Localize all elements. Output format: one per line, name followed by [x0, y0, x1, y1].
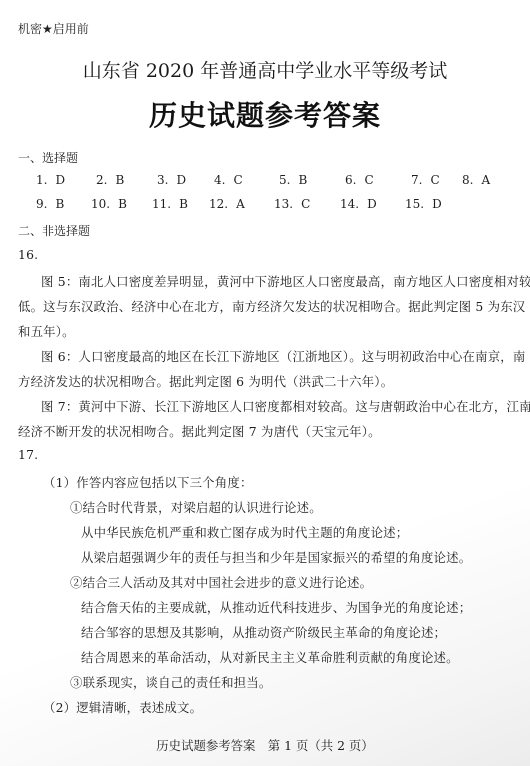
- q17-angle2-point1: 结合詹天佑的主要成就，从推动近代科技进步、为国争光的角度论述；: [81, 598, 471, 616]
- mc-answer-row-1: 1.D 2.B 3.D 4.C 5.B 6.C 7.C 8.A: [0, 173, 530, 191]
- question-16-number: 16.: [18, 247, 38, 262]
- exam-title: 山东省 2020 年普通高中学业水平等级考试: [0, 56, 530, 83]
- mc-answer: 1.D: [36, 173, 65, 187]
- mc-answer: 4.C: [214, 173, 243, 187]
- mc-answer: 12.A: [209, 197, 245, 211]
- q17-angle2-point2: 结合邹容的思想及其影响，从推动资产阶级民主革命的角度论述；: [81, 623, 446, 641]
- q17-angle2-point3: 结合周恩来的革命活动，从对新民主主义革命胜利贡献的角度论述。: [81, 648, 459, 666]
- q16-paragraph-fig6-line2: 方经济发达的状况相吻合。据此判定图 6 为明代（洪武二十六年）。: [18, 372, 393, 390]
- q16-paragraph-fig6-line1: 图 6：人口密度最高的地区在长江下游地区（江浙地区）。这与明初政治中心在南京，南: [41, 347, 525, 365]
- q16-paragraph-fig5-line1: 图 5：南北人口密度差异明显，黄河中下游地区人口密度最高，南方地区人口密度相对较: [41, 272, 530, 290]
- q17-angle1-point2: 从梁启超强调少年的责任与担当和少年是国家振兴的希望的角度论述。: [81, 548, 471, 566]
- q16-paragraph-fig5-line2: 低。这与东汉政治、经济中心在北方，南方经济欠发达的状况相吻合。据此判定图 5 为…: [18, 297, 530, 315]
- mc-answer: 3.D: [157, 173, 186, 187]
- mc-answer: 8.A: [462, 173, 490, 187]
- mc-answer: 5.B: [279, 173, 307, 187]
- q17-angle1-heading: ①结合时代背景，对梁启超的认识进行论述。: [70, 498, 322, 516]
- page-footer: 历史试题参考答案 第 1 页（共 2 页）: [0, 736, 530, 754]
- q17-angle1-point1: 从中华民族危机严重和救亡图存成为时代主题的角度论述；: [81, 523, 408, 541]
- mc-answer: 9.B: [36, 197, 64, 211]
- mc-answer: 11.B: [152, 197, 188, 211]
- mc-answer: 13.C: [274, 197, 310, 211]
- q17-angle2-heading: ②结合三人活动及其对中国社会进步的意义进行论述。: [70, 573, 372, 591]
- q16-paragraph-fig7-line2: 经济不断开发的状况相吻合。据此判定图 7 为唐代（天宝元年）。: [18, 422, 381, 440]
- mc-answer: 10.B: [91, 197, 127, 211]
- mc-answer: 14.D: [340, 197, 377, 211]
- mc-answer: 2.B: [96, 173, 124, 187]
- q16-paragraph-fig5-line3: 和五年）。: [18, 322, 75, 340]
- confidential-label: 机密★启用前: [18, 20, 89, 37]
- mc-answer: 7.C: [411, 173, 440, 187]
- section-heading-non-choice: 二、非选择题: [18, 222, 90, 239]
- section-heading-multiple-choice: 一、选择题: [18, 149, 78, 166]
- q17-part1-intro: （1）作答内容应包括以下三个角度：: [43, 473, 253, 491]
- q16-paragraph-fig7-line1: 图 7：黄河中下游、长江下游地区人口密度都相对较高。这与唐朝政治中心在北方，江南: [41, 397, 530, 415]
- mc-answer: 6.C: [345, 173, 374, 187]
- q17-part2: （2）逻辑清晰，表述成文。: [43, 698, 202, 716]
- mc-answer: 15.D: [405, 197, 442, 211]
- document-title: 历史试题参考答案: [0, 94, 530, 134]
- mc-answer-row-2: 9.B 10.B 11.B 12.A 13.C 14.D 15.D: [0, 197, 530, 215]
- question-17-number: 17.: [18, 447, 38, 462]
- q17-angle3-heading: ③联系现实，谈自己的责任和担当。: [70, 673, 271, 691]
